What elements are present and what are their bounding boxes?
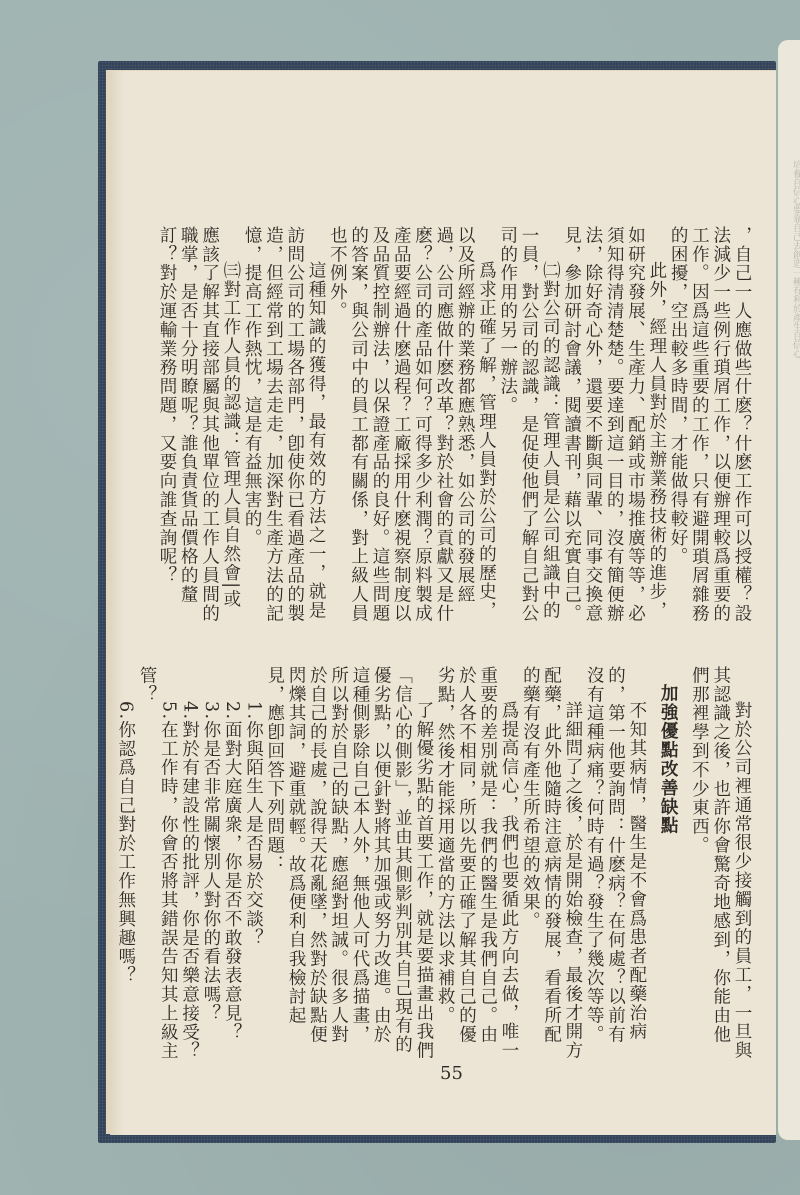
page-number: 55 [440,1063,463,1084]
paragraph: 詳細問了之後，於是開始檢查，最後才開方配藥，此外他隨時注意病情的發展，看看所配的… [519,666,583,1061]
bottom-text-band: 對於公司裡通常很少接觸到的員工，一旦與其認識之後，也許你會驚奇地感到，你能由他們… [122,666,752,1061]
paragraph: 對於公司裡通常很少接觸到的員工，一旦與其認識之後，也許你會驚奇地感到，你能由他們… [688,666,752,1061]
question-item: 6.你認爲自己對於工作無興趣嗎？ [114,666,135,1061]
question-item: 3.你是否非常關懷別人對你的看法嗎？ [200,666,221,1061]
question-item: 1.你與陌生人是否易於交談？ [242,666,263,1061]
paragraph: ㈢對工作人員的認識：管理人員自然會|或應該了解其直接部屬與其他單位的工作人員間的… [156,226,241,626]
section-heading: 加強優點改善缺點 [657,666,678,1061]
paragraph: 了解優劣點的首要工作，就是要描畫出我們「信心的側影」，並由其側影判別其自己現有的… [263,666,433,1061]
paragraph: 爲提高信心，我們也要循此方向去做，唯一重要的差別就是：我們的醫生是我們自己。由於… [434,666,519,1061]
facing-page-bleed-text: 培養自信心要靠自己去創造一種有利於產生自信心 [782,160,800,1120]
paragraph: 這種知識的獲得，最有效的方法之一，就是訪問公司的工場各部門，卽使你已看過產品的製… [241,226,326,626]
paragraph: 此外，經理人員對於主辦業務技術的進步，如研究發展、生產力、配銷或市場推廣等等，必… [560,226,666,626]
top-text-band: ，自己一人應做些什麽？什麽工作可以授權？設法減少一些例行瑣屑工作，以便辦理較爲重… [122,226,752,626]
paragraph: 爲求正確了解，管理人員對於公司的歷史，以及所經辦的業務都應熟悉，如公司的發展經過… [326,226,496,626]
question-item: 2.面對大庭廣衆，你是否不敢發表意見？ [221,666,242,1061]
question-item: 4.對於有建設性的批評，你是否樂意接受？ [178,666,199,1061]
paragraph: ，自己一人應做些什麽？什麽工作可以授權？設法減少一些例行瑣屑工作，以便辦理較爲重… [667,226,752,626]
paragraph: ㈡對公司的認識：管理人員是公司組識中的一員，對公司的認識，是促使他們了解自己對公… [496,226,560,626]
question-item: 5.在工作時，你會否將其錯誤告知其上級主管？ [136,666,179,1061]
paragraph: 不知其病情，醫生是不會爲患者配藥治病的，第一他要詢問：什麽病？在何處？以前有沒有… [583,666,647,1061]
